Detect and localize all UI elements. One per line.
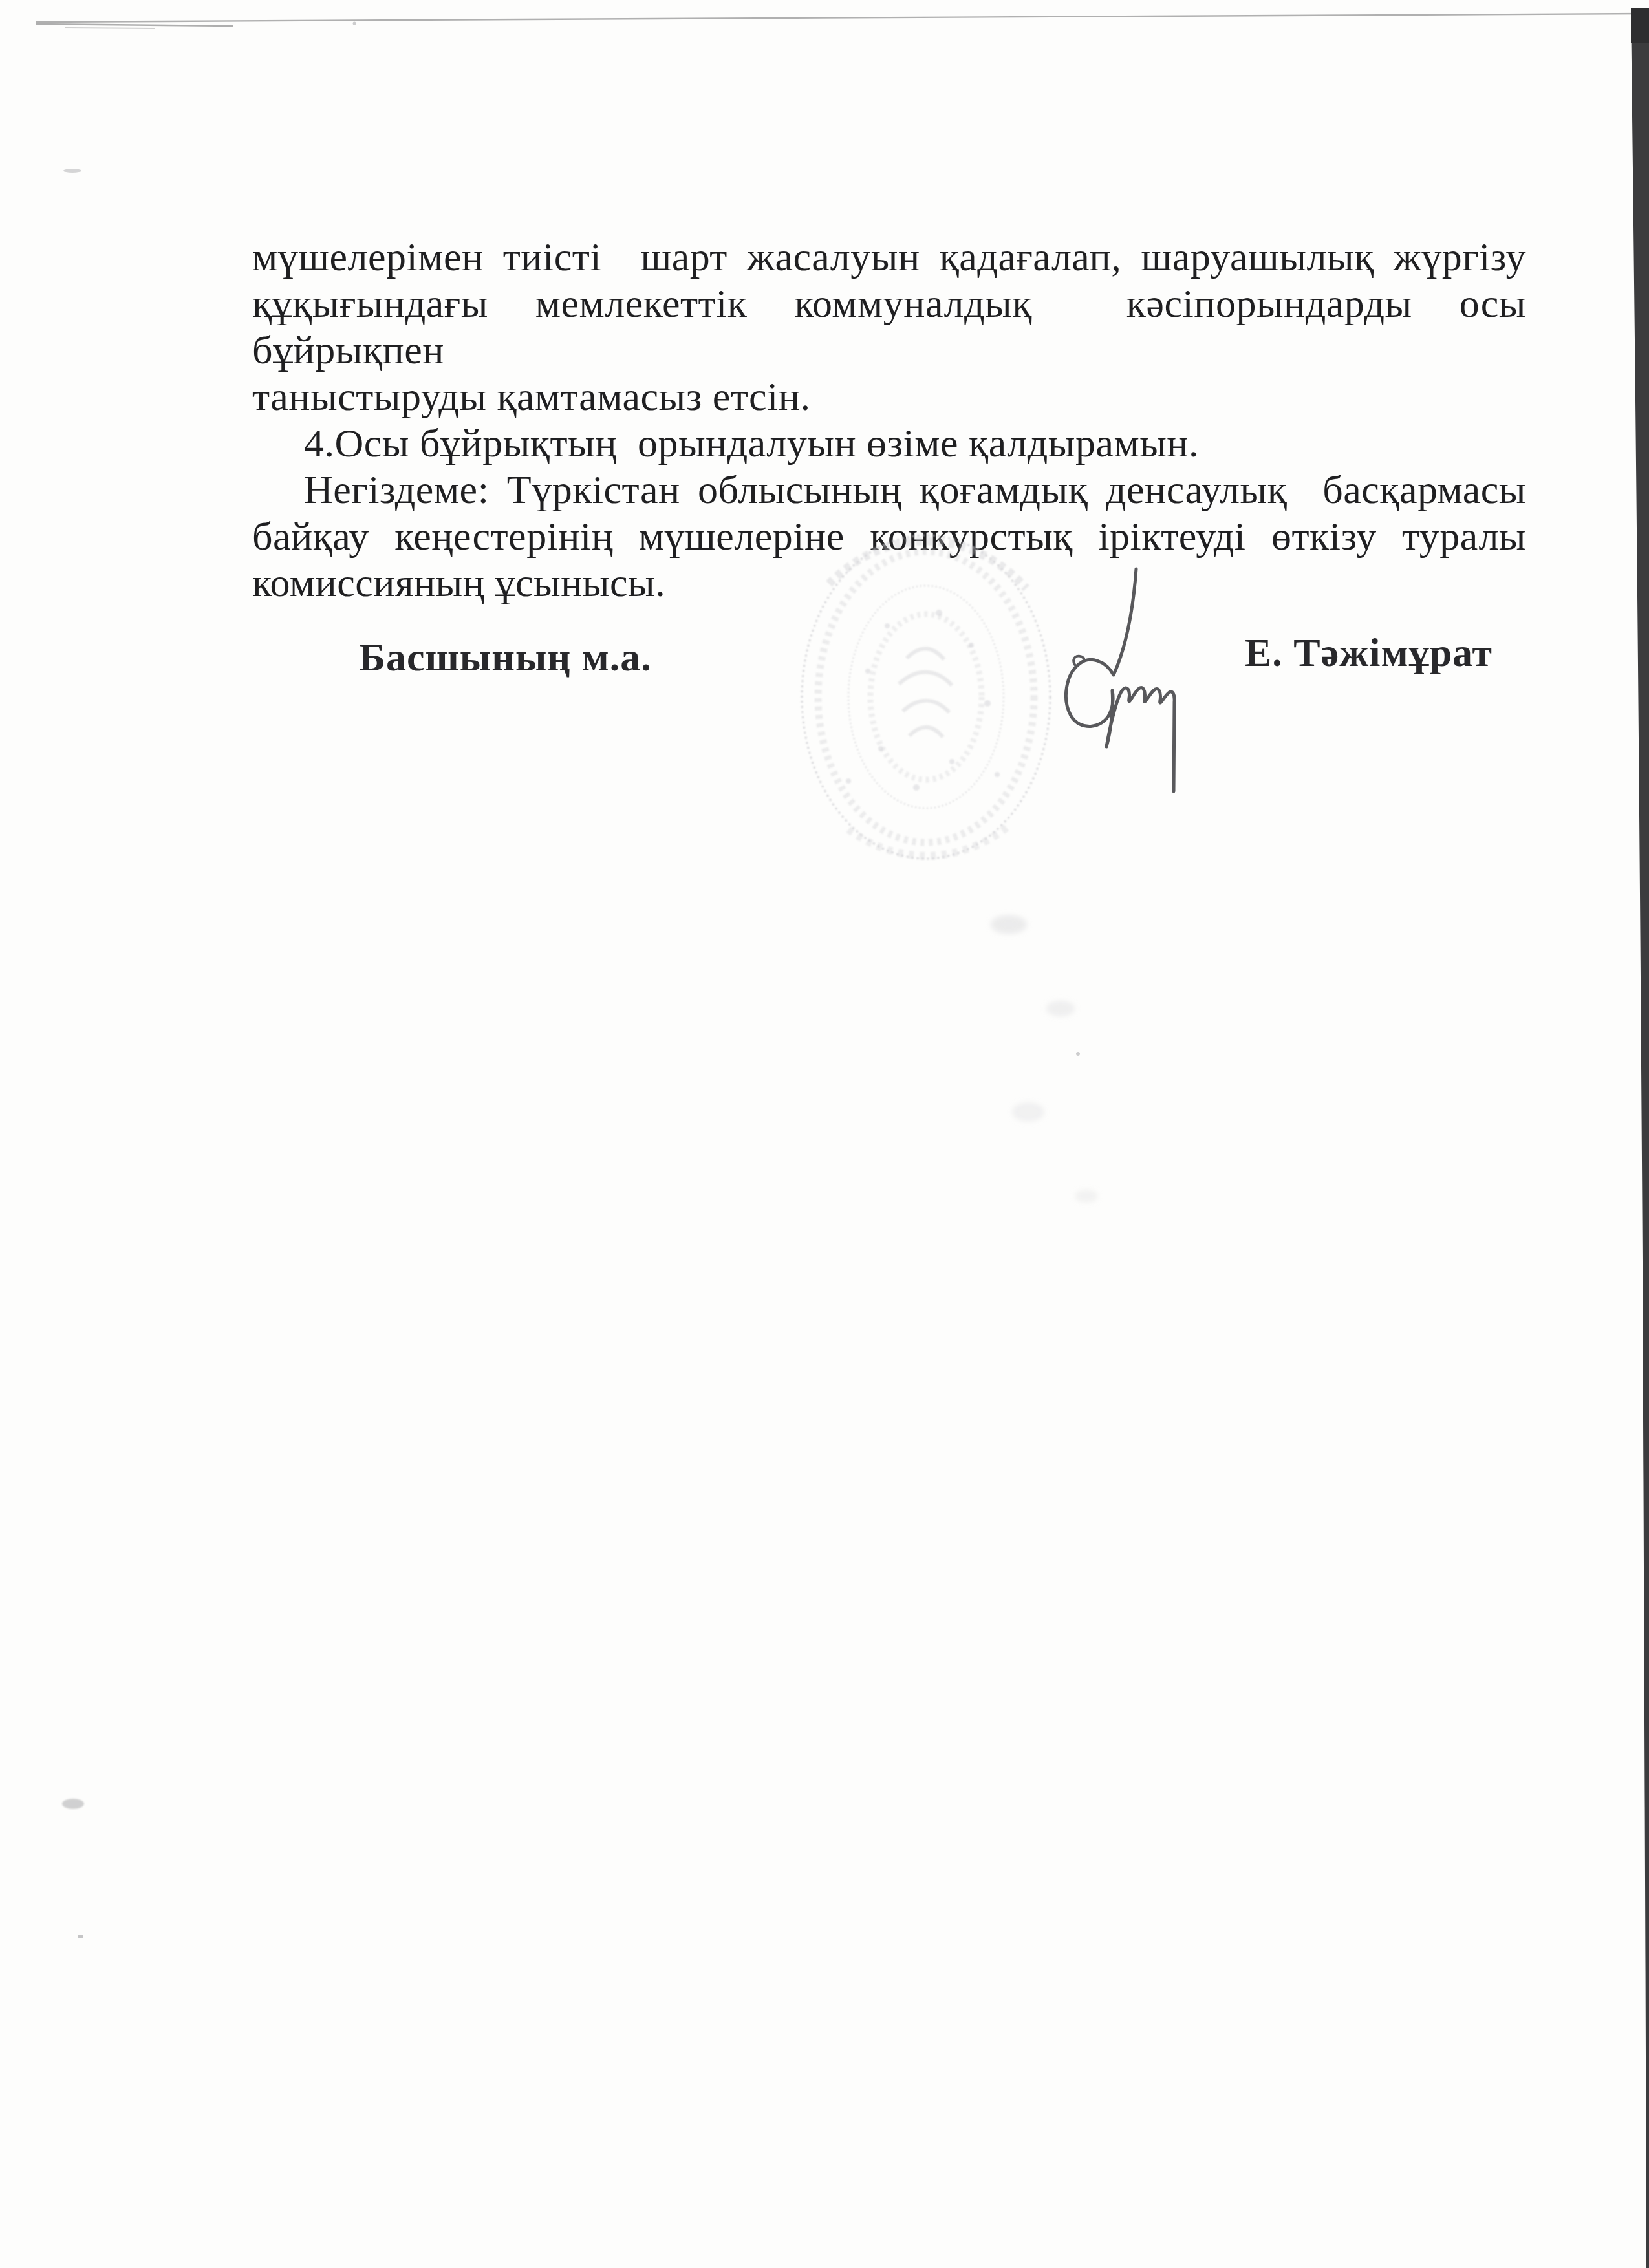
- body-line: құқығындағы мемлекеттік коммуналдық кәсі…: [252, 281, 1526, 374]
- signatory-title: Басшының м.а.: [359, 635, 652, 681]
- body-line: Негіздеме: Түркістан облысының қоғамдық …: [252, 467, 1526, 513]
- signatory-name: Е. Тәжімұрат: [1245, 630, 1493, 676]
- body-line: 4.Осы бұйрықтың орындалуын өзіме қалдыра…: [252, 420, 1526, 467]
- stamp-smudge: [991, 915, 1098, 1203]
- body-line: таныстыруды қамтамасыз етсін.: [252, 374, 1526, 420]
- body-text: мүшелерімен тиісті шарт жасалуын қадағал…: [252, 234, 1526, 606]
- body-line: мүшелерімен тиісті шарт жасалуын қадағал…: [252, 234, 1526, 281]
- body-line: байқау кеңестерінің мүшелеріне конкурсты…: [252, 513, 1526, 560]
- body-line: комиссияның ұсынысы.: [252, 560, 1526, 606]
- scan-edge-right: [1631, 8, 1649, 2268]
- scan-line-top: [36, 14, 1648, 28]
- scanned-document-page: мүшелерімен тиісті шарт жасалуын қадағал…: [0, 0, 1649, 2268]
